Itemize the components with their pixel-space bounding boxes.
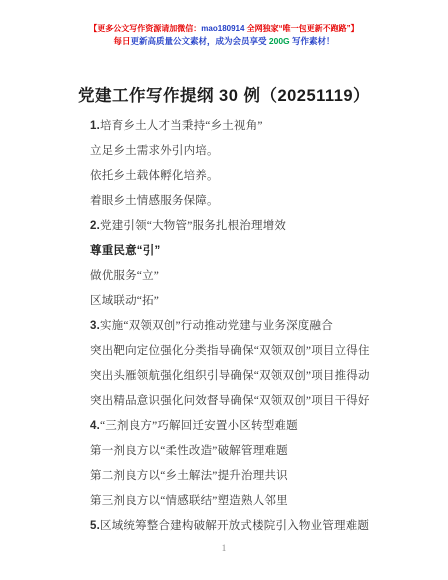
item-text: 第二剂良方以“乡土解法”提升治理共识	[90, 470, 288, 482]
banner-segment: 【更多公文写作资源请加微信：	[89, 24, 201, 33]
item-text: 着眼乡土情感服务保障。	[90, 195, 219, 207]
document-title: 党建工作写作提纲 30 例（20251119）	[0, 82, 448, 106]
outline-item: 5.区域统筹整合建构破解开放式楼院引入物业管理难题	[90, 520, 412, 533]
outline-item: 2.党建引领“大物管”服务扎根治理增效	[90, 220, 412, 233]
item-number: 2.	[90, 220, 100, 232]
outline-subline: 第二剂良方以“乡土解法”提升治理共识	[90, 470, 412, 483]
item-text: 做优服务“立”	[90, 270, 159, 282]
item-text: 突出头雁领航强化组织引导确保“双领双创”项目推得动	[90, 370, 370, 382]
item-text: 突出精品意识强化问效督导确保“双领双创”项目干得好	[90, 395, 370, 407]
outline-subline: 做优服务“立”	[90, 270, 412, 283]
outline-subline: 区域联动“拓”	[90, 295, 412, 308]
outline-item: 4.“三剂良方”巧解回迁安置小区转型难题	[90, 420, 412, 433]
item-text: 党建引领“大物管”服务扎根治理增效	[100, 220, 286, 232]
document-body: 1.培育乡土人才当秉持“乡土视角”立足乡土需求外引内培。依托乡土载体孵化培养。着…	[0, 120, 448, 533]
banner-segment: 每日	[113, 36, 130, 46]
outline-subline: 立足乡土需求外引内培。	[90, 145, 412, 158]
outline-item: 1.培育乡土人才当秉持“乡土视角”	[90, 120, 412, 133]
banner-segment: mao180914	[201, 24, 244, 33]
item-text: 立足乡土需求外引内培。	[90, 145, 219, 157]
item-number: 3.	[90, 320, 100, 332]
item-number: 4.	[90, 420, 100, 432]
item-text: 尊重民意“引”	[90, 245, 160, 257]
item-text: 第一剂良方以“柔性改造”破解管理难题	[90, 445, 288, 457]
banner-segment: 更新高质量公文素材，成为会员享受	[130, 36, 268, 46]
banner-segment: 全网独家“唯一包更新不跑路”】	[244, 24, 358, 33]
banner-segment: 200G	[269, 36, 290, 46]
promo-banner-line2: 每日更新高质量公文素材，成为会员享受 200G 写作素材！	[0, 35, 448, 48]
item-text: 突出靶向定位强化分类指导确保“双领双创”项目立得住	[90, 345, 370, 357]
outline-item: 3.实施“双领双创”行动推动党建与业务深度融合	[90, 320, 412, 333]
item-text: 第三剂良方以“情感联结”塑造熟人邻里	[90, 495, 288, 507]
outline-subline: 突出靶向定位强化分类指导确保“双领双创”项目立得住	[90, 345, 412, 358]
outline-subline: 第一剂良方以“柔性改造”破解管理难题	[90, 445, 412, 458]
item-text: 区域统筹整合建构破解开放式楼院引入物业管理难题	[100, 520, 369, 532]
outline-subline: 尊重民意“引”	[90, 245, 412, 258]
item-text: 培育乡土人才当秉持“乡土视角”	[100, 120, 263, 132]
item-number: 1.	[90, 120, 100, 132]
outline-subline: 依托乡土载体孵化培养。	[90, 170, 412, 183]
outline-subline: 突出精品意识强化问效督导确保“双领双创”项目干得好	[90, 395, 412, 408]
item-text: 依托乡土载体孵化培养。	[90, 170, 219, 182]
outline-subline: 突出头雁领航强化组织引导确保“双领双创”项目推得动	[90, 370, 412, 383]
promo-banner: 【更多公文写作资源请加微信：mao180914 全网独家“唯一包更新不跑路”】 …	[0, 0, 448, 48]
item-text: 实施“双领双创”行动推动党建与业务深度融合	[100, 320, 333, 332]
item-text: “三剂良方”巧解回迁安置小区转型难题	[100, 420, 298, 432]
outline-subline: 着眼乡土情感服务保障。	[90, 195, 412, 208]
page-number: 1	[0, 544, 448, 554]
item-number: 5.	[90, 520, 100, 532]
document-page: 【更多公文写作资源请加微信：mao180914 全网独家“唯一包更新不跑路”】 …	[0, 0, 448, 580]
promo-banner-line1: 【更多公文写作资源请加微信：mao180914 全网独家“唯一包更新不跑路”】	[0, 23, 448, 35]
banner-segment: 写作素材！	[290, 36, 335, 46]
item-text: 区域联动“拓”	[90, 295, 159, 307]
outline-subline: 第三剂良方以“情感联结”塑造熟人邻里	[90, 495, 412, 508]
